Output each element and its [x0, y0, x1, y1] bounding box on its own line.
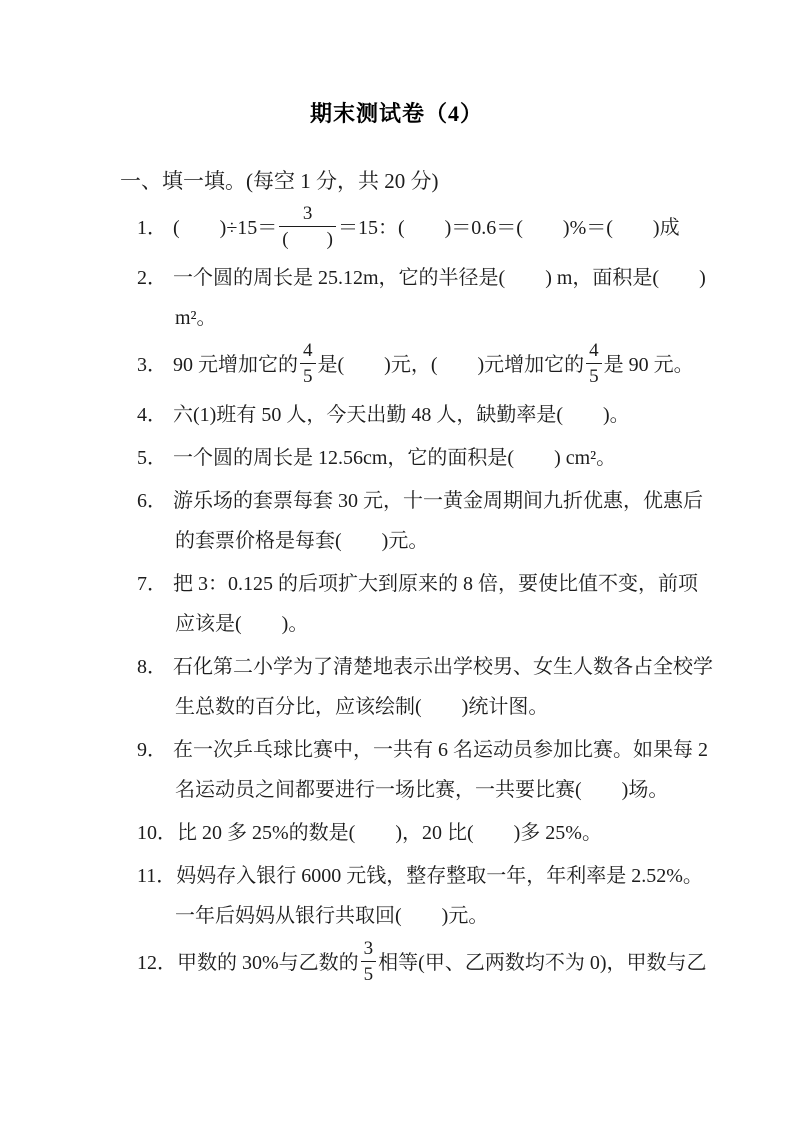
- problem-number: 12．: [137, 943, 177, 983]
- problem-item-4: 4．六(1)班有 50 人，今天出勤 48 人，缺勤率是( )。: [137, 395, 793, 435]
- problem-number: 9．: [137, 730, 173, 770]
- problem-number: 4．: [137, 395, 173, 435]
- problem-item-2: 2．一个圆的周长是 25.12m，它的半径是( ) m，面积是( )m²。: [137, 258, 793, 338]
- problem-item-8: 8．石化第二小学为了清楚地表示出学校男、女生人数各占全校学生总数的百分比，应该绘…: [137, 647, 793, 727]
- problem-item-11: 11．妈妈存入银行 6000 元钱，整存整取一年，年利率是 2.52%。一年后妈…: [137, 856, 793, 936]
- problem-line: 7．把 3：0.125 的后项扩大到原来的 8 倍，要使比值不变，前项: [137, 564, 793, 604]
- problem-number: 3．: [137, 345, 173, 385]
- problem-number: 8．: [137, 647, 173, 687]
- problem-number: 7．: [137, 564, 173, 604]
- problems-list: 1．( )÷15＝3( )＝15：( )＝0.6＝( )%＝( )成2．一个圆的…: [0, 204, 793, 990]
- problem-line: 8．石化第二小学为了清楚地表示出学校男、女生人数各占全校学: [137, 647, 793, 687]
- problem-line: 2．一个圆的周长是 25.12m，它的半径是( ) m，面积是( ): [137, 258, 793, 298]
- problem-number: 2．: [137, 258, 173, 298]
- problem-number: 1．: [137, 208, 173, 248]
- problem-line: 4．六(1)班有 50 人，今天出勤 48 人，缺勤率是( )。: [137, 395, 793, 435]
- problem-line: 一年后妈妈从银行共取回( )元。: [137, 896, 793, 936]
- problem-number: 5．: [137, 438, 173, 478]
- problem-line: 11．妈妈存入银行 6000 元钱，整存整取一年，年利率是 2.52%。: [137, 856, 793, 896]
- problem-line: 名运动员之间都要进行一场比赛，一共要比赛( )场。: [137, 770, 793, 810]
- section-heading: 一、填一填。(每空 1 分，共 20 分): [120, 161, 793, 201]
- problem-number: 6．: [137, 481, 173, 521]
- problem-item-12: 12．甲数的 30%与乙数的35相等(甲、乙两数均不为 0)，甲数与乙: [137, 939, 793, 990]
- problem-item-1: 1．( )÷15＝3( )＝15：( )＝0.6＝( )%＝( )成: [137, 204, 793, 255]
- problem-item-9: 9．在一次乒乓球比赛中，一共有 6 名运动员参加比赛。如果每 2名运动员之间都要…: [137, 730, 793, 810]
- problem-number: 11．: [137, 856, 176, 896]
- problem-item-7: 7．把 3：0.125 的后项扩大到原来的 8 倍，要使比值不变，前项应该是( …: [137, 564, 793, 644]
- problem-line: 12．甲数的 30%与乙数的35相等(甲、乙两数均不为 0)，甲数与乙: [137, 939, 793, 990]
- problem-line: 的套票价格是每套( )元。: [137, 521, 793, 561]
- problem-line: 9．在一次乒乓球比赛中，一共有 6 名运动员参加比赛。如果每 2: [137, 730, 793, 770]
- problem-line: 6．游乐场的套票每套 30 元，十一黄金周期间九折优惠，优惠后: [137, 481, 793, 521]
- page-title: 期末测试卷（4）: [0, 0, 793, 128]
- problem-item-5: 5．一个圆的周长是 12.56cm，它的面积是( ) cm²。: [137, 438, 793, 478]
- fraction: 3( ): [279, 201, 336, 252]
- problem-line: m²。: [137, 298, 793, 338]
- problem-item-3: 3．90 元增加它的45是( )元，( )元增加它的45是 90 元。: [137, 341, 793, 392]
- problem-line: 3．90 元增加它的45是( )元，( )元增加它的45是 90 元。: [137, 341, 793, 392]
- problem-line: 1．( )÷15＝3( )＝15：( )＝0.6＝( )%＝( )成: [137, 204, 793, 255]
- test-paper-page: 期末测试卷（4） 一、填一填。(每空 1 分，共 20 分) 1．( )÷15＝…: [0, 0, 793, 1122]
- problem-line: 生总数的百分比，应该绘制( )统计图。: [137, 687, 793, 727]
- problem-number: 10．: [137, 813, 177, 853]
- problem-line: 5．一个圆的周长是 12.56cm，它的面积是( ) cm²。: [137, 438, 793, 478]
- fraction: 45: [586, 338, 602, 389]
- problem-item-6: 6．游乐场的套票每套 30 元，十一黄金周期间九折优惠，优惠后的套票价格是每套(…: [137, 481, 793, 561]
- fraction: 35: [361, 936, 377, 987]
- fraction: 45: [300, 338, 316, 389]
- problem-line: 10．比 20 多 25%的数是( )，20 比( )多 25%。: [137, 813, 793, 853]
- problem-item-10: 10．比 20 多 25%的数是( )，20 比( )多 25%。: [137, 813, 793, 853]
- problem-line: 应该是( )。: [137, 604, 793, 644]
